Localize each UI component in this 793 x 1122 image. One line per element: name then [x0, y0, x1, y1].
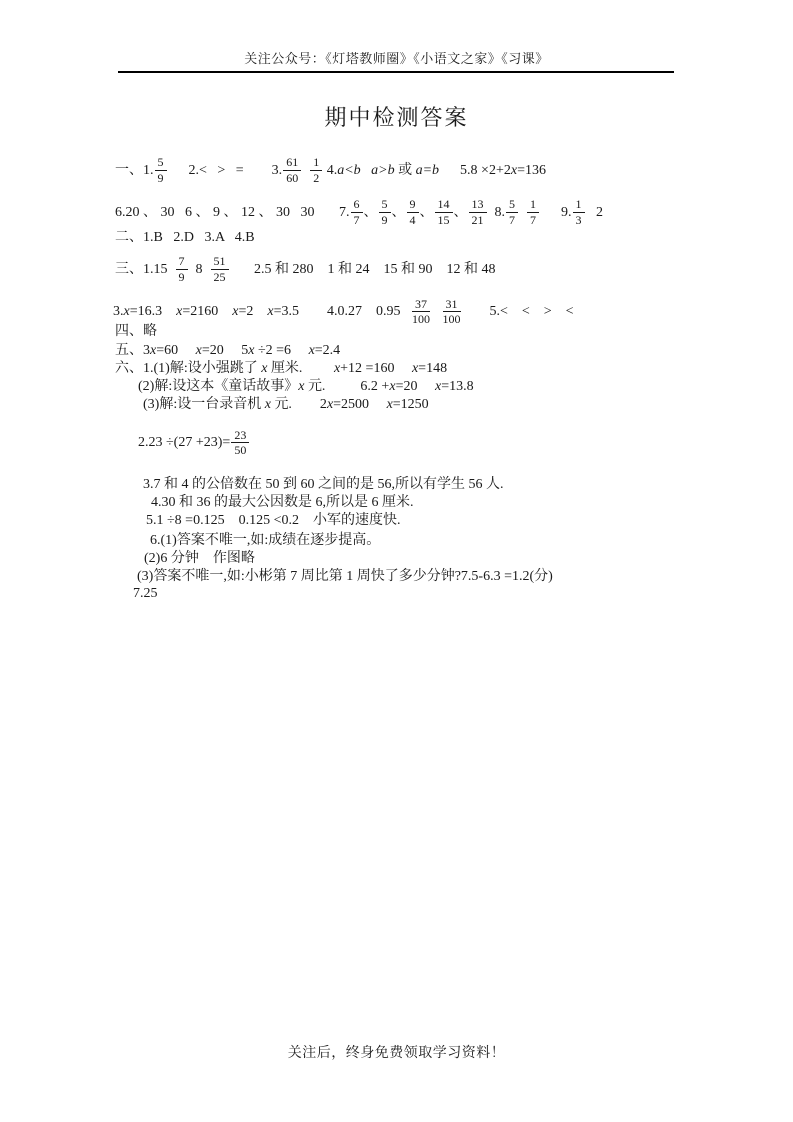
- text-segment: 三、1.15: [115, 261, 175, 278]
- text-segment: [519, 204, 526, 221]
- answer-line: 三、1.15 79 8 5125 2.5 和 280 1 和 24 15 和 9…: [115, 254, 793, 284]
- answer-line: 2.23 ÷(27 +23)=2350: [138, 428, 793, 458]
- fraction: 5125: [211, 254, 229, 284]
- text-segment: (3)答案不唯一,如:小彬第 7 周比第 1 周快了多少分钟?7.5-6.3 =…: [137, 568, 553, 585]
- text-segment: =2.4: [315, 342, 340, 359]
- text-segment: 8: [189, 261, 210, 278]
- fraction: 6160: [283, 155, 301, 185]
- answer-line: 6.(1)答案不唯一,如:成绩在逐步提高。: [150, 532, 793, 550]
- answer-line: (3)答案不唯一,如:小彬第 7 周比第 1 周快了多少分钟?7.5-6.3 =…: [137, 568, 793, 586]
- text-segment: a>b: [371, 162, 394, 179]
- text-segment: 3.7 和 4 的公倍数在 50 到 60 之间的是 56,所以有学生 56 人…: [143, 476, 504, 493]
- answer-line: 5.1 ÷8 =0.125 0.125 <0.2 小军的速度快.: [146, 512, 793, 530]
- text-segment: =13.8: [441, 378, 473, 395]
- fraction: 67: [351, 197, 363, 227]
- fraction: 57: [506, 197, 518, 227]
- fraction: 12: [310, 155, 322, 185]
- text-segment: 、: [454, 204, 468, 221]
- text-segment: (2)6 分钟 作图略: [144, 550, 255, 567]
- footer-note: 关注后，终身免费领取学习资料！: [0, 1042, 793, 1062]
- answer-line: 7.25: [133, 585, 793, 603]
- fraction: 37100: [412, 297, 430, 327]
- text-segment: 9.: [540, 204, 572, 221]
- text-segment: 5.< < > <: [462, 303, 574, 320]
- text-segment: 5.8 ×2+2: [439, 162, 511, 179]
- answer-line: (3)解:设一台录音机 x 元. 2x=2500 x=1250: [143, 396, 793, 414]
- text-segment: =20: [396, 378, 435, 395]
- text-segment: 2: [586, 204, 604, 221]
- text-segment: +12 =160: [340, 360, 412, 377]
- answers-body: 一、1.59 2.< > = 3.6160 12 4.a<b a>b 或 a=b…: [0, 0, 793, 603]
- text-segment: 6.20 、 30 6 、 9 、 12 、 30 30 7.: [115, 204, 350, 221]
- fraction: 1321: [469, 197, 487, 227]
- text-segment: [431, 303, 442, 320]
- text-segment: =148: [418, 360, 447, 377]
- text-segment: 3.: [113, 303, 124, 320]
- fraction: 79: [176, 254, 188, 284]
- answer-line: 五、3x=60 x=20 5x ÷2 =6 x=2.4: [115, 342, 793, 360]
- fraction: 94: [407, 197, 419, 227]
- answer-line: (2)6 分钟 作图略: [144, 550, 793, 568]
- fraction: 1415: [435, 197, 453, 227]
- text-segment: [302, 162, 309, 179]
- text-segment: 5.1 ÷8 =0.125 0.125 <0.2 小军的速度快.: [146, 512, 400, 529]
- text-segment: 五、3: [115, 342, 150, 359]
- text-segment: a=b: [416, 162, 439, 179]
- text-segment: 2.5 和 280 1 和 24 15 和 90 12 和 48: [230, 261, 496, 278]
- text-segment: 8.: [488, 204, 506, 221]
- answer-line: 3.7 和 4 的公倍数在 50 到 60 之间的是 56,所以有学生 56 人…: [143, 476, 793, 494]
- text-segment: 2.< > = 3.: [168, 162, 283, 179]
- text-segment: [361, 162, 372, 179]
- answer-line: 六、1.(1)解:设小强跳了 x 厘米. x+12 =160 x=148: [115, 360, 793, 378]
- fraction: 17: [527, 197, 539, 227]
- fraction: 59: [155, 155, 167, 185]
- text-segment: =2500: [333, 396, 386, 413]
- text-segment: 、: [392, 204, 406, 221]
- text-segment: ÷2 =6: [254, 342, 308, 359]
- text-segment: 4.: [323, 162, 337, 179]
- text-segment: 6.(1)答案不唯一,如:成绩在逐步提高。: [150, 532, 380, 549]
- answer-line: 二、1.B 2.D 3.A 4.B: [115, 228, 793, 246]
- fraction: 2350: [231, 428, 249, 458]
- answer-line: 6.20 、 30 6 、 9 、 12 、 30 30 7.67、59、94、…: [115, 197, 793, 227]
- text-segment: 四、略: [115, 323, 157, 340]
- answer-line: (2)解:设这本《童话故事》x 元. 6.2 +x=20 x=13.8: [138, 378, 793, 396]
- text-segment: =1250: [393, 396, 429, 413]
- fraction: 31100: [443, 297, 461, 327]
- text-segment: =60: [156, 342, 195, 359]
- text-segment: 六、1.(1)解:设小强跳了: [115, 360, 261, 377]
- text-segment: 2.23 ÷(27 +23)=: [138, 434, 230, 451]
- text-segment: a<b: [337, 162, 360, 179]
- text-segment: 一、1.: [115, 162, 154, 179]
- text-segment: =16.3: [130, 303, 176, 320]
- text-segment: =2160: [182, 303, 232, 320]
- document-page: 关注公众号：《灯塔教师圈》《小语文之家》《习课》 期中检测答案 一、1.59 2…: [0, 0, 793, 1122]
- text-segment: =136: [517, 162, 546, 179]
- text-segment: 4.30 和 36 的最大公因数是 6,所以是 6 厘米.: [151, 494, 414, 511]
- text-segment: (3)解:设一台录音机: [143, 396, 265, 413]
- fraction: 13: [573, 197, 585, 227]
- text-segment: 、: [364, 204, 378, 221]
- fraction: 59: [379, 197, 391, 227]
- text-segment: =3.5 4.0.27 0.95: [274, 303, 411, 320]
- answer-line: 一、1.59 2.< > = 3.6160 12 4.a<b a>b 或 a=b…: [115, 155, 793, 185]
- text-segment: 7.25: [133, 585, 158, 602]
- text-segment: =2: [238, 303, 267, 320]
- text-segment: 元. 6.2 +: [304, 378, 389, 395]
- answer-line: 4.30 和 36 的最大公因数是 6,所以是 6 厘米.: [151, 494, 793, 512]
- text-segment: 、: [420, 204, 434, 221]
- text-segment: =20 5: [202, 342, 248, 359]
- text-segment: 厘米.: [267, 360, 334, 377]
- text-segment: 二、1.B 2.D 3.A 4.B: [115, 229, 255, 246]
- text-segment: (2)解:设这本《童话故事》: [138, 378, 298, 395]
- text-segment: 或: [395, 162, 416, 179]
- text-segment: 元. 2: [271, 396, 327, 413]
